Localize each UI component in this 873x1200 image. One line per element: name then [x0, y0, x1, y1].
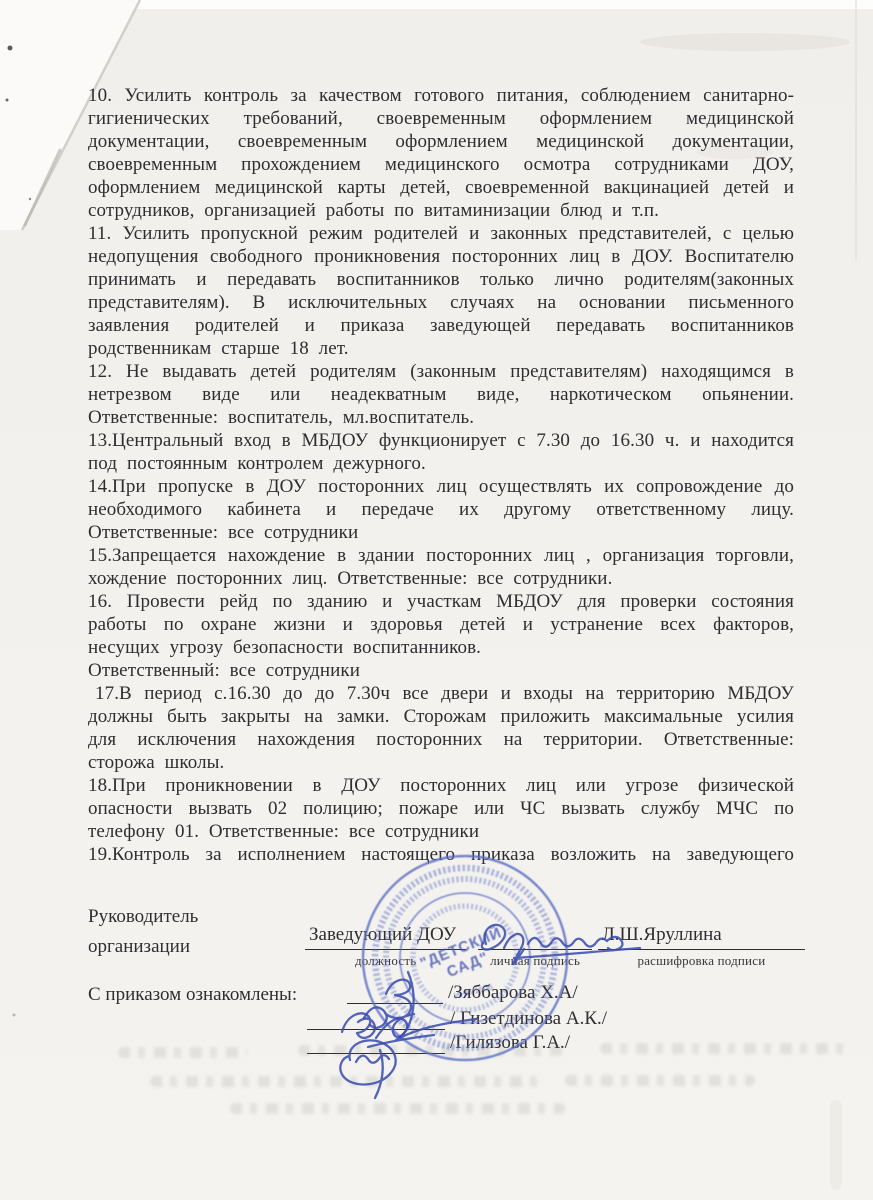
scanned-document-page: 10. Усилить контроль за качеством готово… [0, 0, 873, 1200]
paragraph-11: 11. Усилить пропускной режим родителей и… [88, 222, 794, 360]
name-value: Л.Ш.Яруллина [598, 924, 805, 950]
leader-label: Руководитель организации [88, 902, 198, 962]
bleedthrough-text [150, 1076, 545, 1087]
scanner-edge-strip [0, 0, 873, 9]
leader-label-line2: организации [88, 932, 198, 962]
paragraph-10: 10. Усилить контроль за качеством готово… [88, 84, 794, 222]
paragraph-18: 18.При проникновении в ДОУ посторонних л… [88, 774, 794, 843]
bleedthrough-text [118, 1047, 248, 1058]
paragraph-17: 17.В период с.16.30 до до 7.30ч все двер… [88, 682, 794, 774]
leader-label-line1: Руководитель [88, 902, 198, 932]
paragraph-13: 13.Центральный вход в МБДОУ функционируе… [88, 429, 794, 475]
paragraph-16-responsible: Ответственный: все сотрудники [88, 659, 794, 682]
paragraph-14: 14.При пропуске в ДОУ посторонних лиц ос… [88, 475, 794, 544]
name-caption: расшифровка подписи [598, 950, 805, 969]
paragraph-12: 12. Не выдавать детей родителям (законны… [88, 360, 794, 429]
stamp-inn-text: ИНН 1606 [453, 981, 494, 1000]
bleedthrough-text [565, 1075, 755, 1086]
name-column: Л.Ш.Яруллина расшифровка подписи [598, 924, 805, 969]
bleedthrough-text [230, 1103, 565, 1114]
paragraph-15: 15.Запрещается нахождение в здании посто… [88, 544, 794, 590]
round-stamp: "ДЕТСКИЙ САД" ИНН 1606 [352, 845, 578, 1071]
acknowledged-label: С приказом ознакомлены: [88, 984, 297, 1006]
paragraph-16: 16. Провести рейд по зданию и участкам М… [88, 590, 794, 659]
bleedthrough-text [600, 1043, 850, 1054]
order-text-block: 10. Усилить контроль за качеством готово… [88, 84, 794, 866]
